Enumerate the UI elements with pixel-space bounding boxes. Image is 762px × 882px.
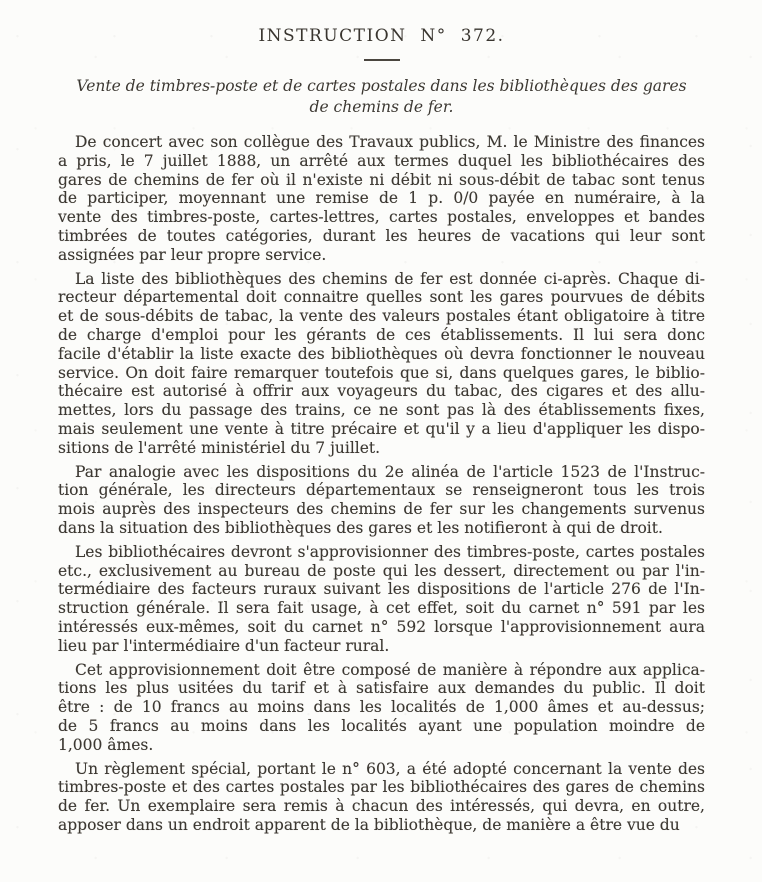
- text-line: gares de chemins de fer où il n'existe n…: [58, 171, 705, 190]
- paragraph: Cet approvisionnement doit être composé …: [58, 661, 705, 755]
- text-line: recteur départemental doit connaitre que…: [58, 288, 705, 307]
- document-header: INSTRUCTION N° 372.: [58, 26, 705, 46]
- text-line: etc., exclusivement au bureau de poste q…: [58, 562, 705, 581]
- text-line: 1,000 âmes.: [58, 736, 705, 755]
- paragraph: Par analogie avec les dispositions du 2e…: [58, 463, 705, 538]
- document-page: INSTRUCTION N° 372. Vente de timbres-pos…: [0, 0, 762, 882]
- document-body: De concert avec son collègue des Travaux…: [58, 133, 705, 835]
- text-line: vente des timbres-poste, cartes-lettres,…: [58, 208, 705, 227]
- text-line: mais seulement une vente à titre précair…: [58, 420, 705, 439]
- text-line: a pris, le 7 juillet 1888, un arrêté aux…: [58, 152, 705, 171]
- document-title-line-2: de chemins de fer.: [58, 97, 705, 118]
- text-line: termédiaire des facteurs ruraux suivant …: [58, 580, 705, 599]
- text-line: Par analogie avec les dispositions du 2e…: [58, 463, 705, 482]
- text-line: timbres-poste et des cartes postales par…: [58, 778, 705, 797]
- text-line: et de sous-débits de tabac, la vente des…: [58, 307, 705, 326]
- text-line: intéressés eux-mêmes, soit du carnet n° …: [58, 618, 705, 637]
- text-line: thécaire est autorisé à offrir aux voyag…: [58, 382, 705, 401]
- text-line: mois auprès des inspecteurs des chemins …: [58, 500, 705, 519]
- header-rule-divider: [364, 59, 400, 61]
- paragraph: La liste des bibliothèques des chemins d…: [58, 270, 705, 458]
- text-line: La liste des bibliothèques des chemins d…: [58, 270, 705, 289]
- text-line: facile d'établir la liste exacte des bib…: [58, 345, 705, 364]
- text-line: tions les plus usitées du tarif et à sat…: [58, 679, 705, 698]
- text-line: assignées par leur propre service.: [58, 246, 705, 265]
- text-line: être : de 10 francs au moins dans les lo…: [58, 698, 705, 717]
- text-line: Un règlement spécial, portant le n° 603,…: [58, 760, 705, 779]
- text-line: dans la situation des bibliothèques des …: [58, 519, 705, 538]
- text-line: mettes, lors du passage des trains, ce n…: [58, 401, 705, 420]
- text-line: sitions de l'arrêté ministériel du 7 jui…: [58, 439, 705, 458]
- text-line: struction générale. Il sera fait usage, …: [58, 599, 705, 618]
- text-line: de fer. Un exemplaire sera remis à chacu…: [58, 797, 705, 816]
- text-line: De concert avec son collègue des Travaux…: [58, 133, 705, 152]
- paragraph: Les bibliothécaires devront s'approvisio…: [58, 543, 705, 656]
- text-line: lieu par l'intermédiaire d'un facteur ru…: [58, 637, 705, 656]
- document-title-line-1: Vente de timbres-poste et de cartes post…: [58, 76, 705, 97]
- text-line: Les bibliothécaires devront s'approvisio…: [58, 543, 705, 562]
- text-line: apposer dans un endroit apparent de la b…: [58, 816, 705, 835]
- document-title: Vente de timbres-poste et de cartes post…: [58, 76, 705, 118]
- text-line: de 5 francs au moins dans les localités …: [58, 717, 705, 736]
- text-line: Cet approvisionnement doit être composé …: [58, 661, 705, 680]
- text-line: service. On doit faire remarquer toutefo…: [58, 364, 705, 383]
- text-line: tion générale, les directeurs départemen…: [58, 481, 705, 500]
- text-line: timbrées de toutes catégories, durant le…: [58, 227, 705, 246]
- text-line: de participer, moyennant une remise de 1…: [58, 189, 705, 208]
- text-line: de charge d'emploi pour les gérants de c…: [58, 326, 705, 345]
- paragraph: Un règlement spécial, portant le n° 603,…: [58, 760, 705, 835]
- paragraph: De concert avec son collègue des Travaux…: [58, 133, 705, 265]
